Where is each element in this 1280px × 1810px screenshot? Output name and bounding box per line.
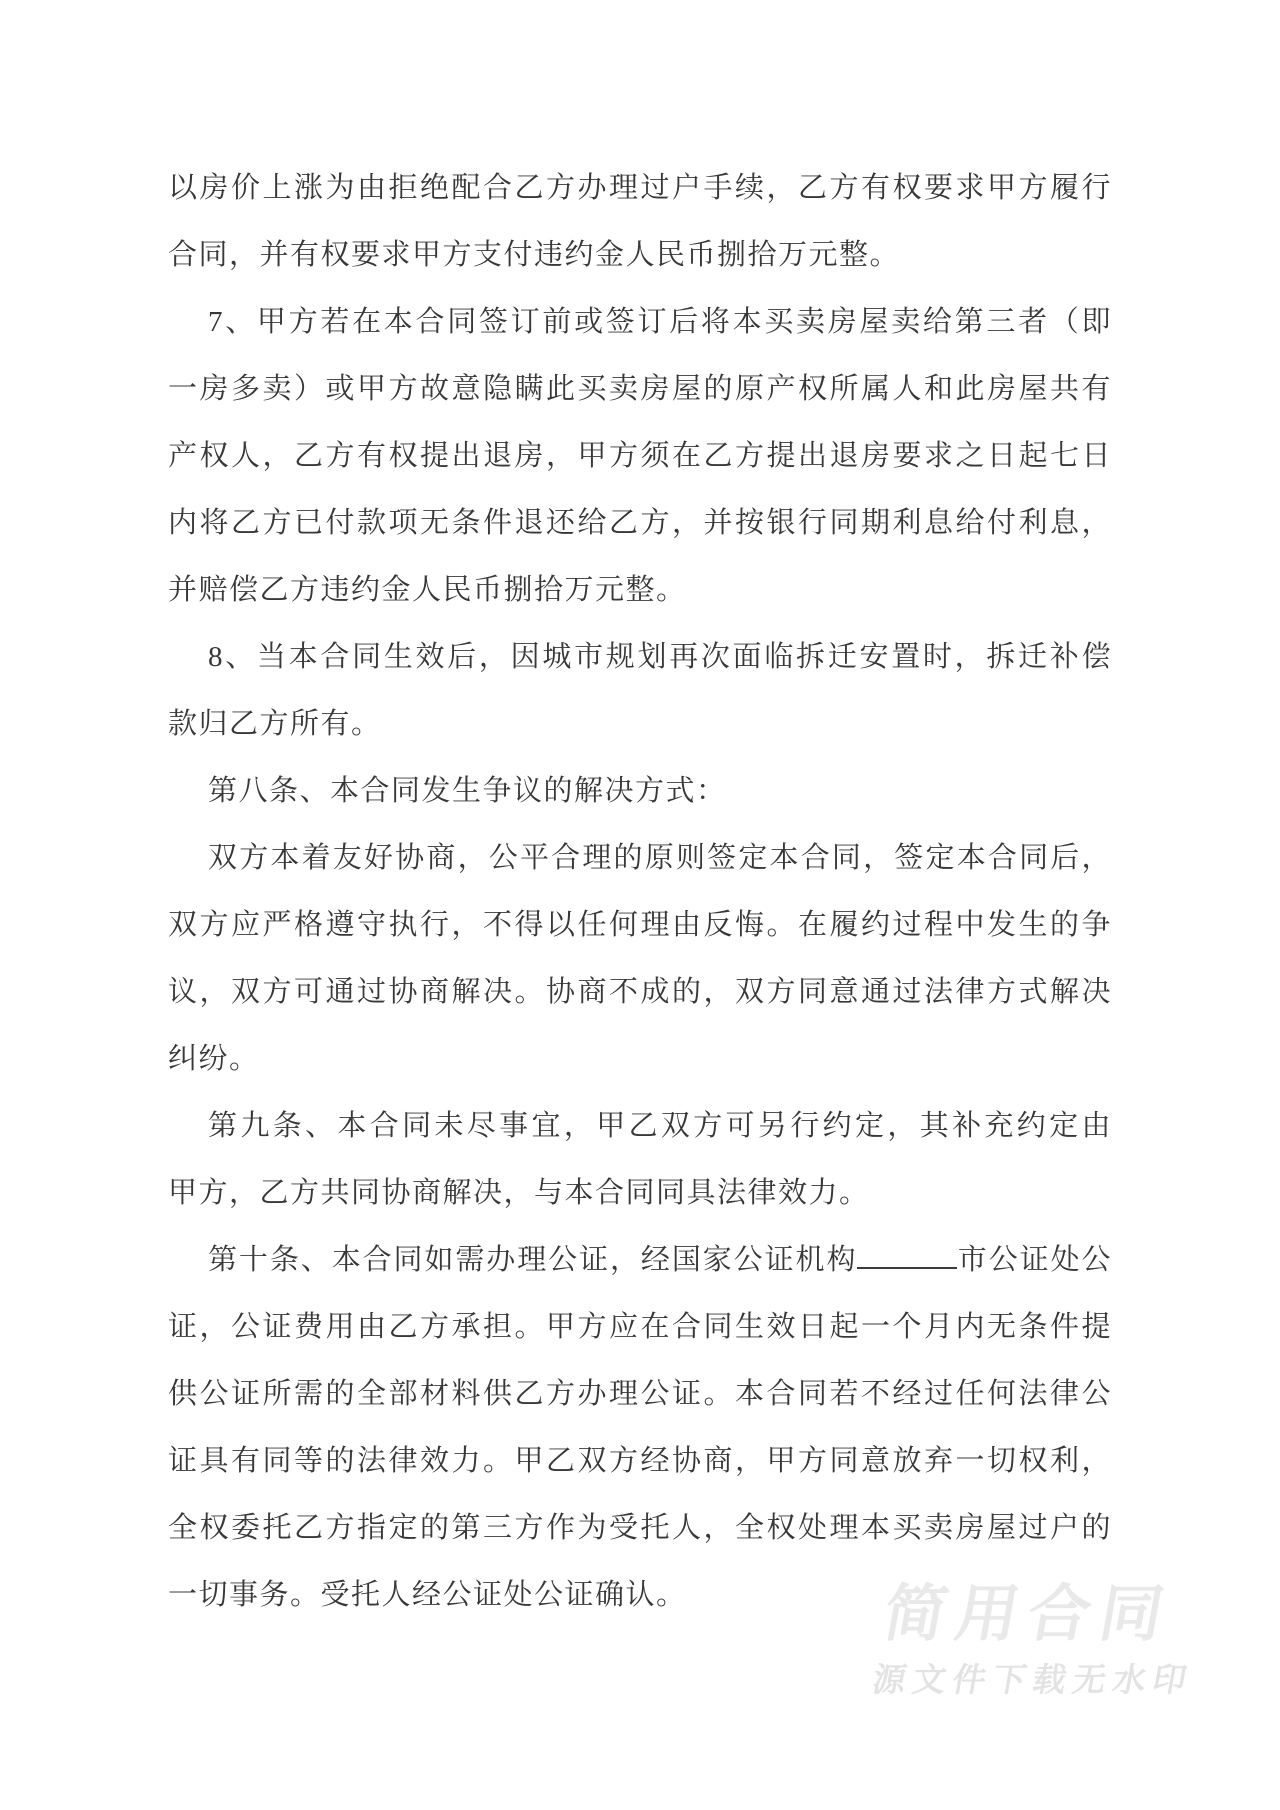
document-line: 供公证所需的全部材料供乙方办理公证。本合同若不经过任何法律公 [168,1361,1112,1428]
document-line-article-9: 第九条、本合同未尽事宜，甲乙双方可另行约定，其补充约定由 [168,1093,1112,1160]
document-line: 款归乙方所有。 [168,691,1112,758]
watermark-subtitle: 源文件下载无水印 [870,1663,1196,1697]
document-line-article-8: 第八条、本合同发生争议的解决方式： [168,758,1112,825]
document-line: 证，公证费用由乙方承担。甲方应在合同生效日起一个月内无条件提 [168,1294,1112,1361]
document-line: 合同，并有权要求甲方支付违约金人民币捌拾万元整。 [168,222,1112,289]
document-line: 议，双方可通过协商解决。协商不成的，双方同意通过法律方式解决 [168,959,1112,1026]
document-line-article-10: 第十条、本合同如需办理公证，经国家公证机构市公证处公 [168,1227,1112,1294]
document-line: 证具有同等的法律效力。甲乙双方经协商，甲方同意放弃一切权利， [168,1428,1112,1495]
watermark: 简用合同 源文件下载无水印 [870,1583,1210,1697]
document-line: 纠纷。 [168,1026,1112,1093]
blank-underline [857,1239,957,1269]
notary-text-before: 第十条、本合同如需办理公证，经国家公证机构 [208,1244,857,1276]
document-line: 以房价上涨为由拒绝配合乙方办理过户手续，乙方有权要求甲方履行 [168,155,1112,222]
document-line-clause-7: 7、甲方若在本合同签订前或签订后将本买卖房屋卖给第三者（即 [168,289,1112,356]
document-line: 产权人，乙方有权提出退房，甲方须在乙方提出退房要求之日起七日 [168,423,1112,490]
watermark-title: 简用合同 [879,1583,1210,1647]
document-line: 双方本着友好协商，公平合理的原则签定本合同，签定本合同后， [168,825,1112,892]
document-line: 并赔偿乙方违约金人民币捌拾万元整。 [168,557,1112,624]
document-line: 一房多卖）或甲方故意隐瞒此买卖房屋的原产权所属人和此房屋共有 [168,356,1112,423]
document-line-clause-8: 8、当本合同生效后，因城市规划再次面临拆迁安置时，拆迁补偿 [168,624,1112,691]
document-line: 内将乙方已付款项无条件退还给乙方，并按银行同期利息给付利息， [168,490,1112,557]
notary-text-after: 市公证处公 [957,1244,1112,1276]
document-line: 甲方，乙方共同协商解决，与本合同同具法律效力。 [168,1160,1112,1227]
contract-page-body: 以房价上涨为由拒绝配合乙方办理过户手续，乙方有权要求甲方履行 合同，并有权要求甲… [168,155,1112,1629]
document-line: 全权委托乙方指定的第三方作为受托人，全权处理本买卖房屋过户的 [168,1495,1112,1562]
document-line: 双方应严格遵守执行，不得以任何理由反悔。在履约过程中发生的争 [168,892,1112,959]
